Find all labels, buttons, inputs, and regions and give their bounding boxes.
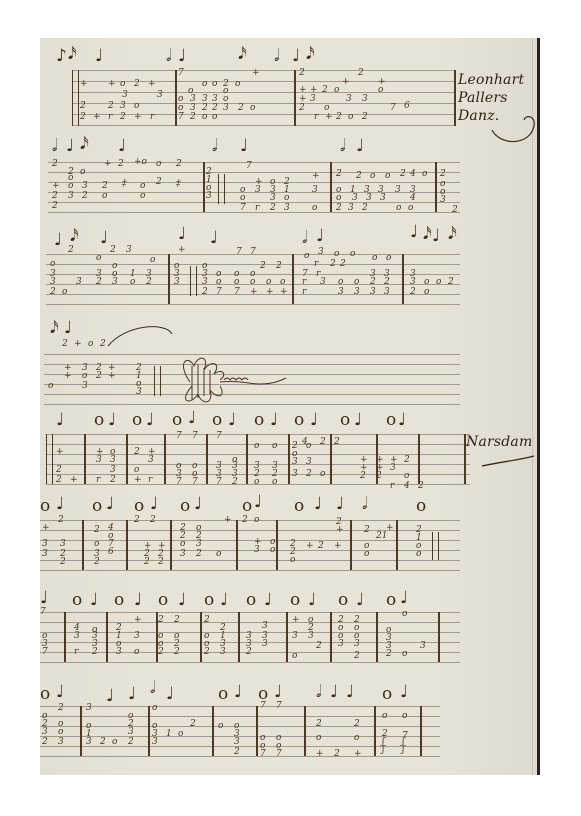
- tablature-system-5: ♩ o♩ o♩ o♩ o♩ o♩ o♩ o♩ o♩ 777422 oo2o ++…: [40, 408, 470, 503]
- tablature-system-7: ♩ o♩ o♩ o♩ o♩ o♩ o♩ o♩ o♩ 7o +222+o22 4o…: [40, 588, 460, 683]
- title-line: Narsdam: [466, 434, 532, 450]
- tablature-system-8: o♩ ♩♩ 𝅗𝅥♩ o♩ o♩ 𝅗𝅥♩♩ o♩ 23o77 oooo 2oo2o…: [40, 678, 440, 773]
- manuscript-page: ♪𝅘𝅥𝅯♩ 𝅗𝅥♩𝅘𝅥𝅯 𝅗𝅥♩𝅘𝅥𝅯 ++o2+ 33 223o 2+r2+r…: [40, 38, 538, 775]
- repeat-barline: [218, 174, 225, 204]
- tablature-system-1: ♪𝅘𝅥𝅯♩ 𝅗𝅥♩𝅘𝅥𝅯 𝅗𝅥♩𝅘𝅥𝅯 ++o2+ 33 223o 2+r2+r…: [40, 38, 455, 133]
- title-underline-flourish: [480, 454, 536, 468]
- slur-mark: [106, 322, 176, 350]
- barline: [454, 70, 456, 126]
- staff: [72, 70, 455, 126]
- end-repeat-barline: [432, 532, 439, 560]
- tablature-system-2: 𝅗𝅥♩𝅘𝅥𝅯♩ 𝅗𝅥♩ 𝅗𝅥♩ 2+2+oo2 2oo +o32‡o2‡ 232…: [40, 130, 460, 225]
- end-repeat-barline: [154, 366, 161, 396]
- tablature-system-6: o♩ o♩ o♩ o♩ o♩ o♩♩ 𝅗𝅥o 222+2o2 +242o+2+2…: [40, 496, 460, 591]
- page-fold-line: [532, 38, 533, 775]
- tablature-system-3: ♩𝅘𝅥𝅯♩ ♩♩ 𝅗𝅥♩ ♩𝅘𝅥𝅯♩𝅘𝅥𝅯 223+77 ooo3oooo oo…: [40, 224, 460, 319]
- title-flourish: [490, 108, 538, 148]
- barline: [294, 70, 296, 126]
- repeat-barline: [190, 266, 197, 296]
- page-binding-edge: [537, 38, 540, 775]
- title-line: Pallers: [458, 90, 524, 106]
- start-barline: [46, 434, 53, 484]
- ornamental-flourish: [170, 352, 290, 406]
- title-line: Leonhart: [458, 72, 524, 88]
- barline: [175, 70, 177, 126]
- start-repeat-barline: [72, 70, 79, 126]
- piece-title-narsdam: Narsdam: [466, 434, 532, 450]
- tablature-system-4: 𝅘𝅥𝅯♩ 2+o2 +32+2 +o2+1 o3o3: [40, 316, 460, 416]
